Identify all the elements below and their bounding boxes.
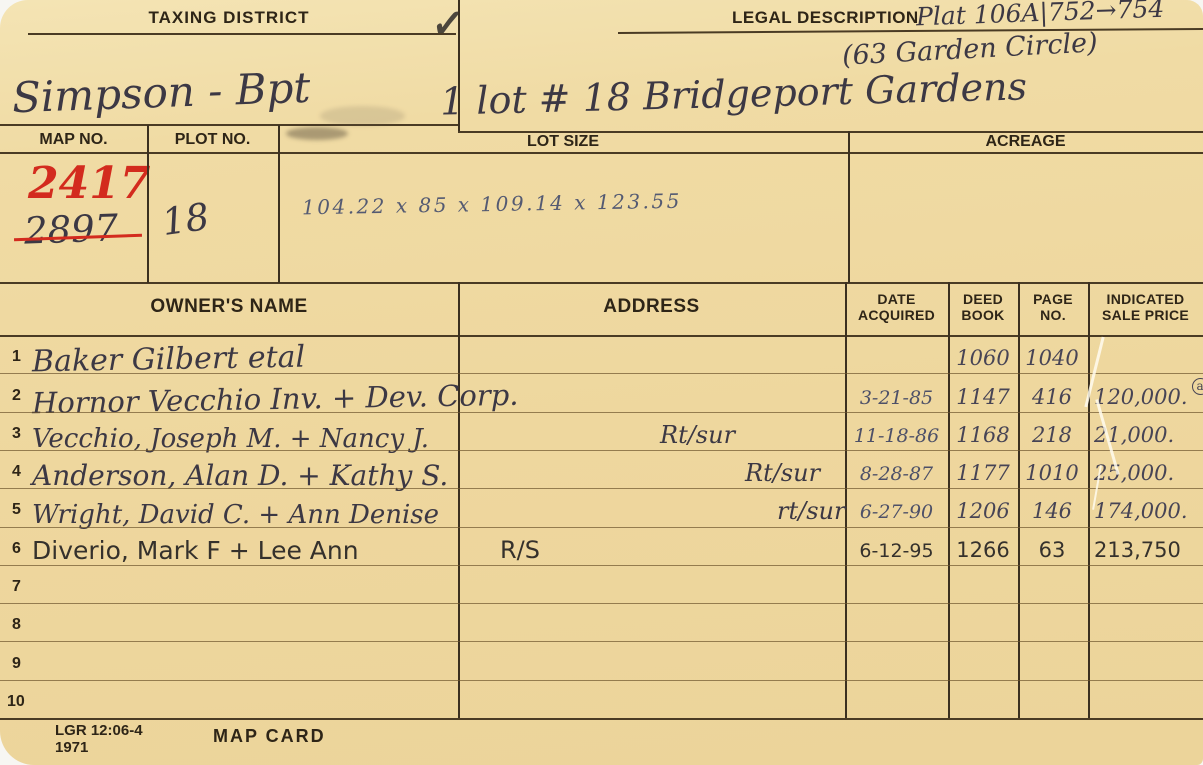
row-number: 1 — [12, 348, 21, 366]
deed-book-value: 1266 — [950, 538, 1016, 562]
plot-no-label: PLOT NO. — [147, 131, 278, 149]
lot-description-value: 1 lot # 18 Bridgeport Gardens — [440, 64, 1028, 123]
table-row: 5 Wright, David C. + Ann Denise rt/sur 6… — [0, 488, 1203, 526]
sale-price-value: 174,000. — [1094, 499, 1203, 523]
row-number: 5 — [12, 501, 21, 519]
deed-book-value: 1177 — [950, 461, 1016, 485]
table-row: 1 Baker Gilbert etal 1060 1040 — [0, 335, 1203, 373]
rule — [28, 33, 456, 35]
checkmark-annotation: ✓ — [429, 0, 466, 52]
date-acquired-value: 11-18-86 — [847, 425, 946, 447]
page-no-value: 1010 — [1019, 461, 1085, 485]
table-row: 8 — [0, 603, 1203, 641]
date-header-line1: DATE — [877, 291, 915, 307]
plot-no-value: 18 — [159, 195, 212, 244]
table-row: 4 Anderson, Alan D. + Kathy S. Rt/sur 8-… — [0, 450, 1203, 488]
lot-size-label: LOT SIZE — [278, 133, 848, 151]
date-acquired-header: DATE ACQUIRED — [845, 291, 948, 323]
table-row: 3 Vecchio, Joseph M. + Nancy J. Rt/sur 1… — [0, 412, 1203, 450]
row-number: 6 — [12, 540, 21, 558]
table-row: 7 — [0, 565, 1203, 603]
rule — [0, 152, 1203, 154]
form-year: 1971 — [55, 739, 88, 756]
deed-book-value: 1168 — [950, 423, 1016, 447]
column-divider — [278, 125, 280, 283]
row-number: 9 — [12, 655, 21, 673]
address-value: Rt/sur — [745, 459, 820, 487]
deed-book-header: DEED BOOK — [948, 291, 1018, 323]
eraser-smudge — [320, 106, 405, 126]
table-row: 9 — [0, 641, 1203, 679]
pencil-smudge — [286, 127, 348, 140]
card-title: MAP CARD — [213, 726, 326, 747]
deed-header-line1: DEED — [963, 291, 1003, 307]
map-no-current-value: 2417 — [28, 158, 150, 209]
price-header-line2: SALE PRICE — [1102, 307, 1189, 323]
column-divider — [848, 131, 850, 283]
date-acquired-value: 6-27-90 — [847, 501, 946, 523]
page-header-line2: NO. — [1040, 307, 1066, 323]
deed-book-value: 1147 — [950, 385, 1016, 409]
owner-name-value: Diverio, Mark F + Lee Ann — [32, 536, 359, 565]
map-no-label: MAP NO. — [0, 131, 147, 149]
table-row: 10 — [0, 680, 1203, 718]
page-no-value: 63 — [1019, 538, 1085, 562]
row-number: 2 — [12, 387, 21, 405]
legal-description-label: LEGAL DESCRIPTION — [732, 8, 919, 28]
row-number: 4 — [12, 463, 21, 481]
page-no-value: 218 — [1019, 423, 1085, 447]
row-number: 7 — [12, 578, 21, 596]
column-divider — [147, 125, 149, 283]
row-number: 3 — [12, 425, 21, 443]
lot-size-value: 104.22 x 85 x 109.14 x 123.55 — [302, 189, 682, 220]
owner-name-header: OWNER'S NAME — [0, 296, 458, 318]
deed-book-value: 1060 — [950, 346, 1016, 370]
price-header-line1: INDICATED — [1107, 291, 1185, 307]
map-no-previous-value: 2897 — [23, 206, 119, 252]
page-no-header: PAGE NO. — [1018, 291, 1088, 323]
row-number: 8 — [12, 616, 21, 634]
acreage-label: ACREAGE — [848, 133, 1203, 151]
column-divider — [458, 0, 460, 131]
deed-book-value: 1206 — [950, 499, 1016, 523]
address-value: rt/sur — [777, 497, 845, 525]
rule — [0, 282, 1203, 284]
taxing-district-value: Simpson - Bpt — [11, 63, 311, 122]
sale-price-value: 213,750 — [1094, 538, 1203, 562]
date-header-line2: ACQUIRED — [858, 307, 935, 323]
address-value: R/S — [500, 536, 540, 564]
taxing-district-label: TAXING DISTRICT — [0, 8, 458, 28]
sale-price-header: INDICATED SALE PRICE — [1088, 291, 1203, 323]
sale-price-value: 25,000. — [1094, 461, 1203, 485]
page-no-value: 146 — [1019, 499, 1085, 523]
rule — [0, 718, 1203, 720]
table-body: 1 Baker Gilbert etal 1060 1040 2 Hornor … — [0, 335, 1203, 718]
form-code: LGR 12:06-4 — [55, 722, 143, 739]
deed-header-line2: BOOK — [961, 307, 1004, 323]
sale-price-value: 120,000.a — [1094, 378, 1203, 409]
address-value: Rt/sur — [660, 421, 735, 449]
date-acquired-value: 8-28-87 — [847, 463, 946, 485]
table-row: 2 Hornor Vecchio Inv. + Dev. Corp. 3-21-… — [0, 373, 1203, 411]
rule — [618, 28, 1203, 34]
page-no-value: 416 — [1019, 385, 1085, 409]
date-acquired-value: 3-21-85 — [847, 387, 946, 409]
rule — [0, 124, 458, 126]
rule — [458, 131, 1203, 133]
row-number: 10 — [7, 693, 25, 711]
circled-note: a — [1192, 378, 1203, 395]
legal-description-value: Plat 106A|752→754 — [916, 0, 1165, 31]
page-no-value: 1040 — [1019, 346, 1085, 370]
date-acquired-value: 6-12-95 — [847, 540, 946, 562]
table-row: 6 Diverio, Mark F + Lee Ann R/S 6-12-95 … — [0, 527, 1203, 565]
map-card-document: TAXING DISTRICT LEGAL DESCRIPTION Plat 1… — [0, 0, 1203, 765]
page-header-line1: PAGE — [1033, 291, 1073, 307]
address-header: ADDRESS — [458, 296, 845, 318]
